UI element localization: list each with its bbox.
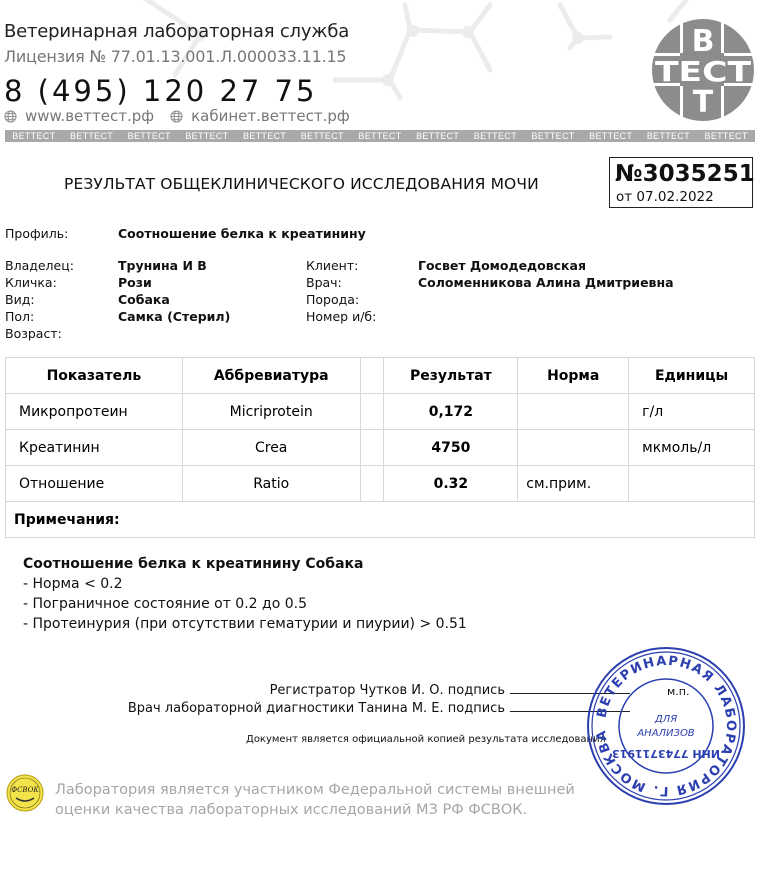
strip-word: BETTECT (5, 131, 63, 141)
official-copy-note: Документ является официальной копией рез… (246, 734, 606, 745)
svg-text:ТЕСТ: ТЕСТ (655, 55, 751, 88)
indicator-norm (518, 430, 629, 466)
table-row: Микропротеин Micriprotein 0,172 г/л (6, 394, 755, 430)
strip-word: BETTECT (640, 131, 698, 141)
notes-line: - Протеинурия (при отсутствии гематурии … (23, 614, 467, 634)
strip-word: BETTECT (293, 131, 351, 141)
svg-text:Т: Т (693, 85, 714, 120)
indicator-norm (518, 394, 629, 430)
client-value: Госвет Домодедовская (418, 258, 586, 273)
table-row: Креатинин Crea 4750 мкмоль/л (6, 430, 755, 466)
website-links: www.веттест.рф кабинет.веттест.рф (4, 107, 366, 125)
indicator-flag (360, 394, 384, 430)
registrar-signature-label: Регистратор Чутков И. О. подпись (270, 683, 505, 698)
indicator-abbr: Micriprotein (182, 394, 360, 430)
doctor-value: Соломенникова Алина Дмитриевна (418, 275, 674, 290)
pet-name-value: Рози (118, 275, 152, 290)
owner-label: Владелец: (5, 258, 74, 273)
indicator-abbr: Crea (182, 430, 360, 466)
fsvok-participation-text: Лаборатория является участником Федераль… (55, 780, 575, 820)
strip-word: BETTECT (582, 131, 640, 141)
document-number: №3035251 (615, 161, 755, 187)
fsvok-text-line: оценки качества лабораторных исследовани… (55, 800, 575, 820)
owner-value: Трунина И В (118, 258, 207, 273)
globe-icon (170, 110, 183, 123)
species-label: Вид: (5, 292, 35, 307)
svg-text:ФСВОК: ФСВОК (11, 786, 39, 794)
species-value: Собака (118, 292, 170, 307)
website-link[interactable]: www.веттест.рф (25, 107, 154, 125)
doctor-signature-label: Врач лабораторной диагностики Танина М. … (128, 701, 505, 716)
svg-text:ИНН 7743711913: ИНН 7743711913 (612, 747, 720, 760)
strip-word: BETTECT (697, 131, 755, 141)
pet-name-label: Кличка: (5, 275, 57, 290)
lab-name: Ветеринарная лабораторная служба (4, 21, 349, 42)
notes-line: - Пограничное состояние от 0.2 до 0.5 (23, 594, 467, 614)
indicator-name: Микропротеин (6, 394, 183, 430)
header-units: Единицы (629, 358, 755, 394)
indicator-norm: см.прим. (518, 466, 629, 502)
sex-value: Самка (Стерил) (118, 309, 230, 324)
lab-stamp: ВЕТЕРИНАРНАЯ ЛАБОРАТОРИЯ Г. МОСКВА • ВЕТ… (585, 644, 747, 809)
phone-number[interactable]: 8 (495) 120 27 75 (4, 74, 317, 108)
strip-word: BETTECT (178, 131, 236, 141)
globe-icon (4, 110, 17, 123)
strip-word: BETTECT (467, 131, 525, 141)
registrar-signature: Регистратор Чутков И. О. подпись (270, 683, 630, 698)
strip-word: BETTECT (409, 131, 467, 141)
document-title: РЕЗУЛЬТАТ ОБЩЕКЛИНИЧЕСКОГО ИССЛЕДОВАНИЯ … (64, 175, 539, 193)
indicator-result: 0.32 (384, 466, 518, 502)
svg-text:АНАЛИЗОВ: АНАЛИЗОВ (636, 728, 694, 739)
fsvok-text-line: Лаборатория является участником Федераль… (55, 780, 575, 800)
header-abbreviation: Аббревиатура (182, 358, 360, 394)
profile-label: Профиль: (5, 226, 68, 241)
notes-block: Соотношение белка к креатинину Собака - … (23, 554, 467, 634)
indicator-result: 4750 (384, 430, 518, 466)
client-label: Клиент: (306, 258, 358, 273)
header-result: Результат (384, 358, 518, 394)
breed-label: Порода: (306, 292, 359, 307)
indicator-name: Отношение (6, 466, 183, 502)
indicator-unit: г/л (629, 394, 755, 430)
indicator-flag (360, 430, 384, 466)
brand-strip: BETTECTBETTECTBETTECTBETTECTBETTECTBETTE… (5, 130, 755, 142)
strip-word: BETTECT (120, 131, 178, 141)
notes-row: Примечания: (6, 502, 755, 538)
notes-label: Примечания: (6, 502, 755, 538)
cabinet-link[interactable]: кабинет.веттест.рф (191, 107, 350, 125)
indicator-name: Креатинин (6, 430, 183, 466)
case-number-label: Номер и/б: (306, 309, 376, 324)
header-flag (360, 358, 384, 394)
strip-word: BETTECT (63, 131, 121, 141)
notes-line: - Норма < 0.2 (23, 574, 467, 594)
document-number-box: №3035251 от 07.02.2022 (609, 157, 753, 208)
license-number: Лицензия № 77.01.13.001.Л.000033.11.15 (4, 47, 346, 66)
indicator-unit: мкмоль/л (629, 430, 755, 466)
doctor-signature: Врач лабораторной диагностики Танина М. … (128, 701, 630, 716)
sex-label: Пол: (5, 309, 34, 324)
fsvok-logo: ФСВОК (6, 774, 44, 812)
age-label: Возраст: (5, 326, 62, 341)
indicator-result: 0,172 (384, 394, 518, 430)
header-norm: Норма (518, 358, 629, 394)
doctor-label: Врач: (306, 275, 342, 290)
logo-letter-v: В (692, 24, 715, 59)
strip-word: BETTECT (524, 131, 582, 141)
letterhead: Ветеринарная лабораторная служба Лицензи… (0, 0, 760, 150)
indicator-abbr: Ratio (182, 466, 360, 502)
header-indicator: Показатель (6, 358, 183, 394)
stamp-inner-text: ДЛЯ (654, 714, 677, 725)
strip-word: BETTECT (351, 131, 409, 141)
indicator-unit (629, 466, 755, 502)
table-row: Отношение Ratio 0.32 см.прим. (6, 466, 755, 502)
table-header-row: Показатель Аббревиатура Результат Норма … (6, 358, 755, 394)
strip-word: BETTECT (236, 131, 294, 141)
vettest-logo: В ТЕСТ Т (650, 17, 756, 123)
results-table: Показатель Аббревиатура Результат Норма … (5, 357, 755, 538)
indicator-flag (360, 466, 384, 502)
profile-value: Соотношение белка к креатинину (118, 226, 366, 241)
notes-title: Соотношение белка к креатинину Собака (23, 554, 467, 574)
document-date: от 07.02.2022 (616, 189, 714, 205)
